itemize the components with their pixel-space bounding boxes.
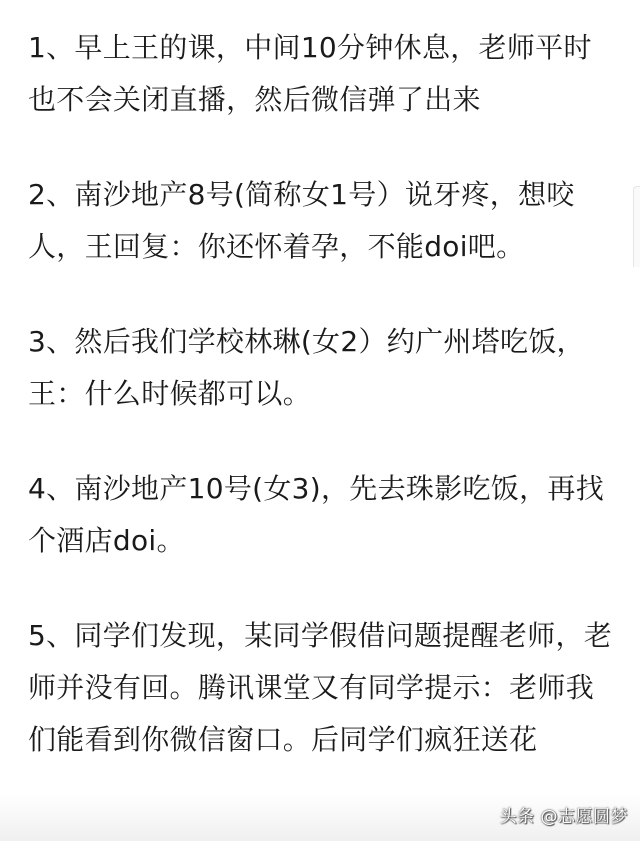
list-item: 3、然后我们学校林琳(女2）约广州塔吃饭，王：什么时候都可以。 [28,316,618,420]
article-body: 1、早上王的课，中间10分钟休息，老师平时也不会关闭直播，然后微信弹了出来 2、… [28,22,618,766]
watermark: 头条 @志愿圆梦 [500,802,628,827]
list-item: 2、南沙地产8号(简称女1号）说牙疼，想咬人，王回复：你还怀着孕，不能doi吧。 [28,169,618,273]
scrollbar[interactable] [633,186,640,267]
list-item: 5、同学们发现，某同学假借问题提醒老师，老师并没有回。腾讯课堂又有同学提示：老师… [28,610,618,766]
list-item: 1、早上王的课，中间10分钟休息，老师平时也不会关闭直播，然后微信弹了出来 [28,22,618,126]
list-item: 4、南沙地产10号(女3)，先去珠影吃饭，再找个酒店doi。 [28,463,618,567]
